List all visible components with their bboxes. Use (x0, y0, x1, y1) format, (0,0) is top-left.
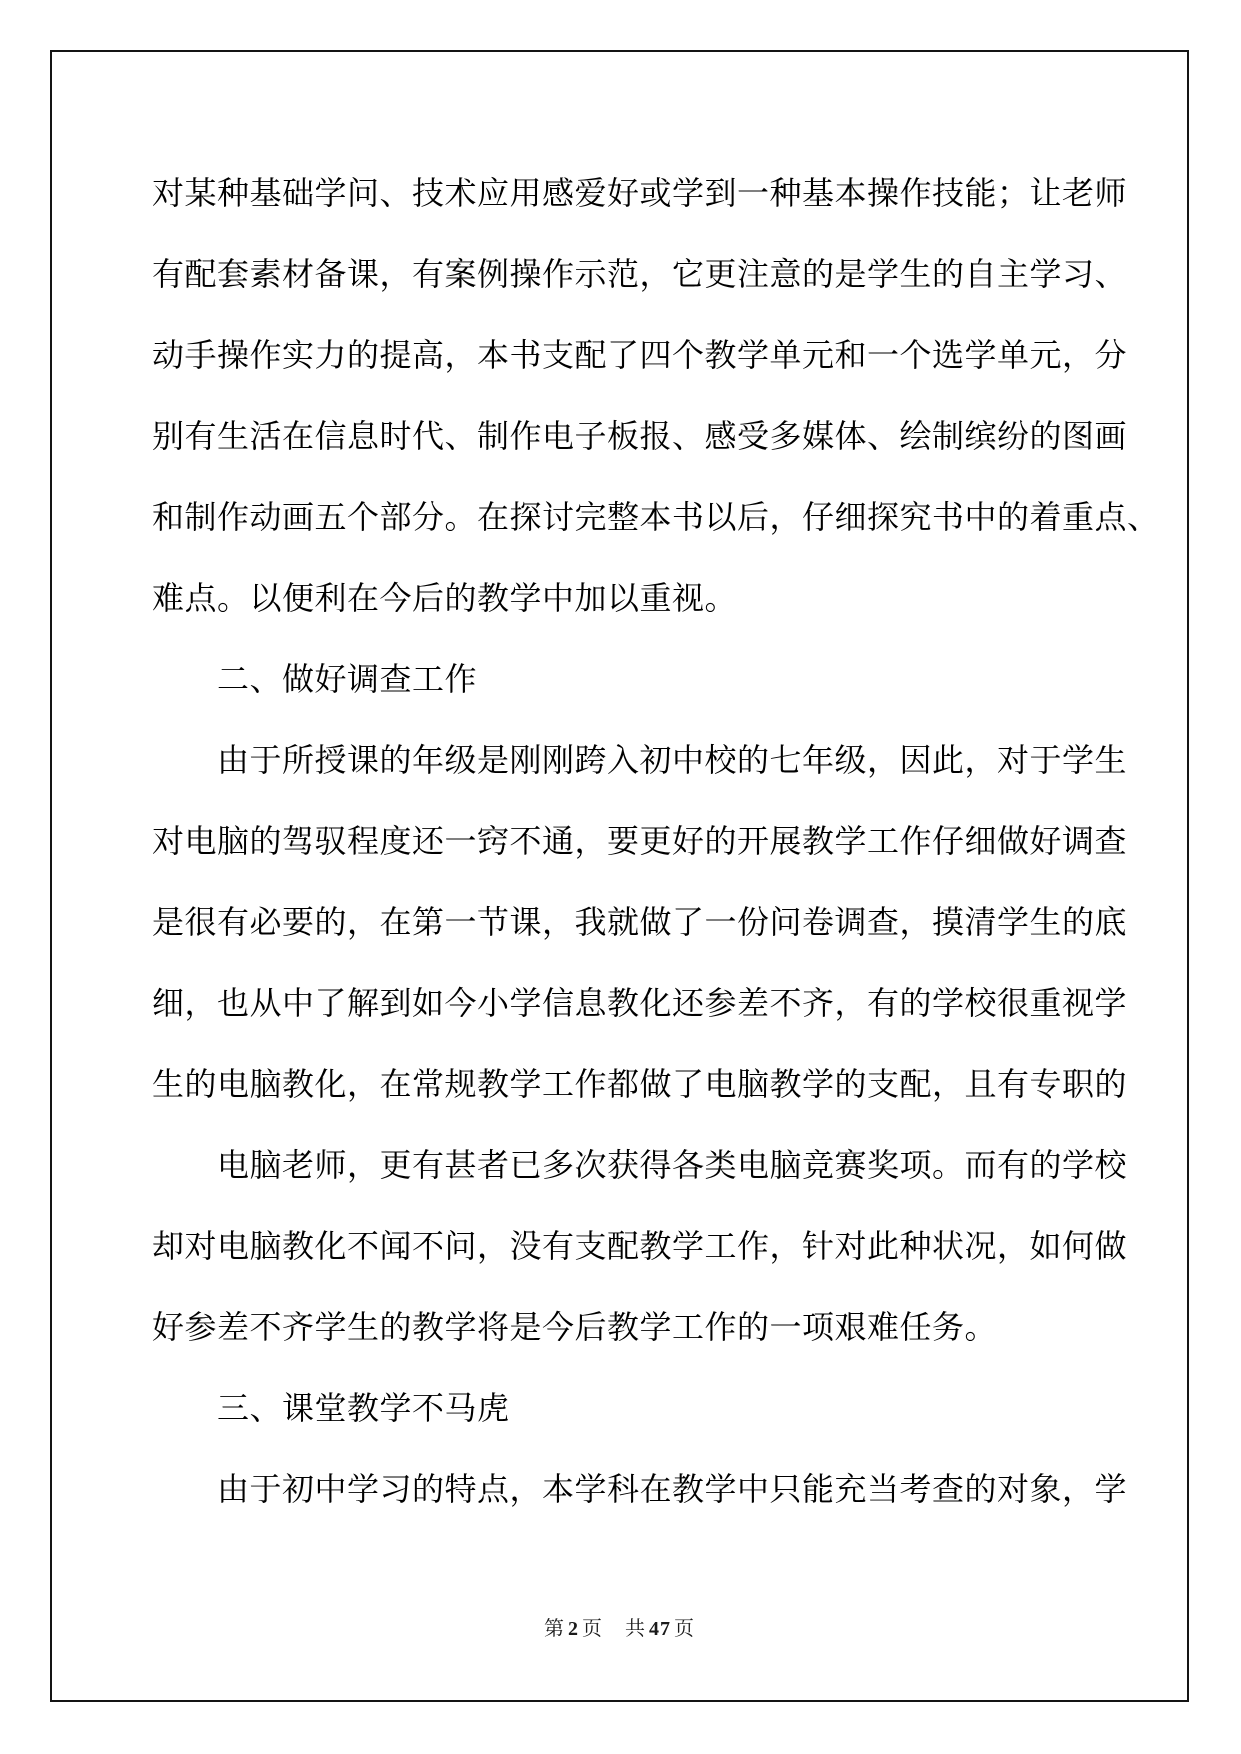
body-text-line: 难点。以便利在今后的教学中加以重视。 (152, 558, 1137, 639)
body-text-line: 生的电脑教化，在常规教学工作都做了电脑教学的支配，且有专职的 (152, 1044, 1137, 1125)
body-text-line: 电脑老师，更有甚者已多次获得各类电脑竞赛奖项。而有的学校 (152, 1125, 1137, 1206)
page-label-prefix: 第 (544, 1618, 565, 1640)
body-text-line: 是很有必要的，在第一节课，我就做了一份问卷调查，摸清学生的底 (152, 882, 1137, 963)
body-text-line: 好参差不齐学生的教学将是今后教学工作的一项艰难任务。 (152, 1287, 1137, 1368)
document-body: 对某种基础学问、技术应用感爱好或学到一种基本操作技能；让老师 有配套素材备课，有… (152, 153, 1137, 1530)
page-unit: 页 (582, 1618, 603, 1640)
body-text-line: 细，也从中了解到如今小学信息教化还参差不齐，有的学校很重视学 (152, 963, 1137, 1044)
current-page-number: 2 (568, 1618, 579, 1640)
body-text-line: 却对电脑教化不闻不问，没有支配教学工作，针对此种状况，如何做 (152, 1206, 1137, 1287)
total-label: 共 (625, 1618, 646, 1640)
total-unit: 页 (674, 1618, 695, 1640)
section-heading-line: 二、做好调查工作 (152, 639, 1137, 720)
body-text-line: 动手操作实力的提高，本书支配了四个教学单元和一个选学单元，分 (152, 315, 1137, 396)
body-text-line: 别有生活在信息时代、制作电子板报、感受多媒体、绘制缤纷的图画 (152, 396, 1137, 477)
page-footer: 第2页共47页 (52, 1614, 1187, 1644)
body-text-line: 由于初中学习的特点，本学科在教学中只能充当考查的对象，学 (152, 1449, 1137, 1530)
total-page-number: 47 (649, 1618, 671, 1640)
body-text-line: 和制作动画五个部分。在探讨完整本书以后，仔细探究书中的着重点、 (152, 477, 1137, 558)
body-text-line: 由于所授课的年级是刚刚跨入初中校的七年级，因此，对于学生 (152, 720, 1137, 801)
section-heading-line: 三、课堂教学不马虎 (152, 1368, 1137, 1449)
body-text-line: 对电脑的驾驭程度还一窍不通，要更好的开展教学工作仔细做好调查 (152, 801, 1137, 882)
page-border-frame: 对某种基础学问、技术应用感爱好或学到一种基本操作技能；让老师 有配套素材备课，有… (50, 50, 1189, 1702)
body-text-line: 对某种基础学问、技术应用感爱好或学到一种基本操作技能；让老师 (152, 153, 1137, 234)
body-text-line: 有配套素材备课，有案例操作示范，它更注意的是学生的自主学习、 (152, 234, 1137, 315)
